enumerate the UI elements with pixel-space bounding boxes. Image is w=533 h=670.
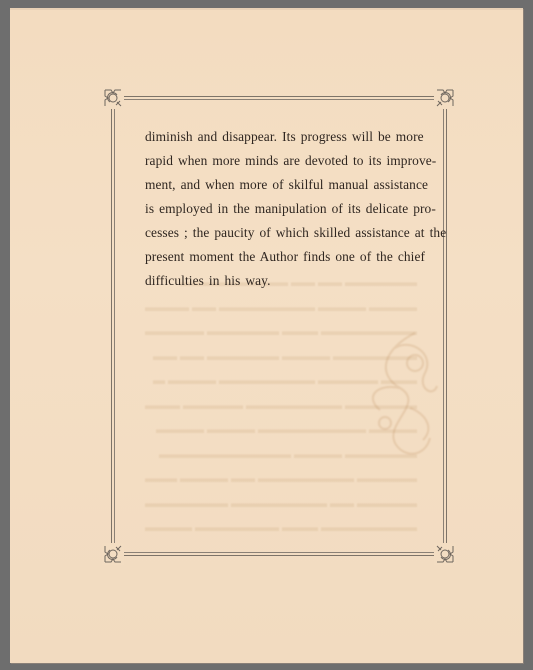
body-paragraph: diminish and disappear. Its progress wil…: [145, 125, 417, 293]
text-line: difficulties in his way.: [145, 269, 417, 293]
text-line: ment, and when more of skilful manual as…: [145, 173, 417, 197]
corner-ornament-bottom-left-icon: [102, 543, 124, 565]
text-line: present moment the Author finds one of t…: [145, 245, 417, 269]
page-edge: [10, 8, 523, 10]
corner-ornament-top-right-icon: [434, 87, 456, 109]
text-line: is employed in the manipulation of its d…: [145, 197, 417, 221]
text-line: diminish and disappear. Its progress wil…: [145, 125, 417, 149]
text-line: rapid when more minds are devoted to its…: [145, 149, 417, 173]
book-page: ▬▬▬▬▬▬ ▬▬ ▬▬ ▬▬▬▬▬▬▬▬▬ ▬▬▬▬ ▬▬▬▬ ▬▬▬▬▬▬▬…: [10, 8, 523, 663]
text-line: cesses ; the paucity of which skilled as…: [145, 221, 417, 245]
corner-ornament-bottom-right-icon: [434, 543, 456, 565]
corner-ornament-top-left-icon: [102, 87, 124, 109]
